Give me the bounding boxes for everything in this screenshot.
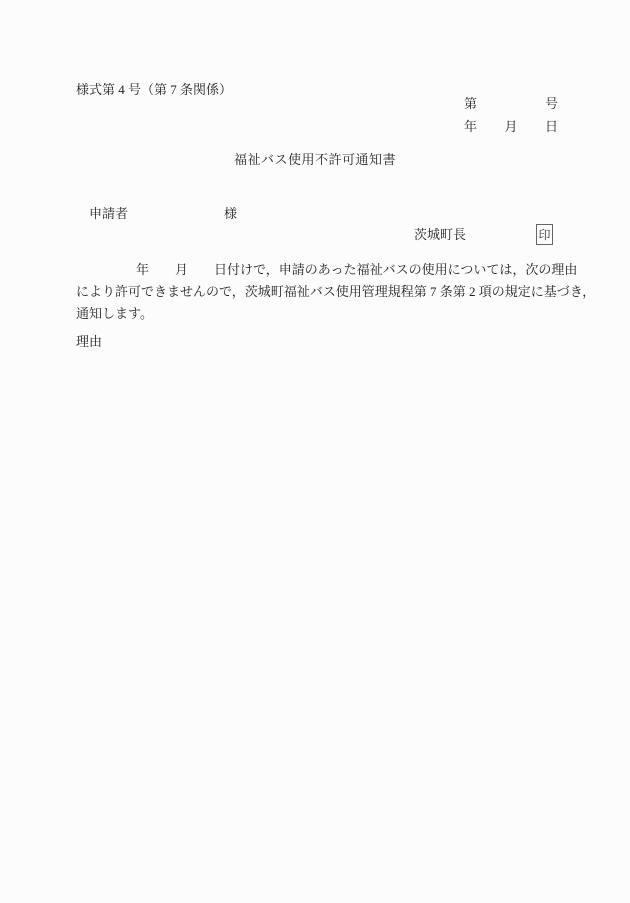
applicant-line: 申請者様 <box>76 187 237 241</box>
seal-character: 印 <box>538 226 550 243</box>
document-number-suffix: 号 <box>545 95 558 113</box>
document-number-line: 第 号 <box>464 95 558 113</box>
seal-stamp: 印 <box>536 224 553 245</box>
form-number-label: 様式第 4 号（第 7 条関係） <box>76 81 232 99</box>
document-title: 福祉バス使用不許可通知書 <box>0 151 630 169</box>
applicant-honorific: 様 <box>224 206 237 221</box>
date-day-label: 日 <box>545 118 558 136</box>
document-number-prefix: 第 <box>464 95 477 113</box>
document-page: 様式第 4 号（第 7 条関係） 第 号 年 月 日 福祉バス使用不許可通知書 … <box>0 0 630 903</box>
date-year-label: 年 <box>464 118 477 136</box>
issuer-name: 茨城町長 <box>414 226 466 244</box>
reason-label: 理由 <box>76 333 102 351</box>
body-paragraph-line-2: により許可できませんので，茨城町福祉バス使用管理規程第 7 条第 2 項の規定に… <box>76 283 595 301</box>
body-paragraph-line-3: 通知します。 <box>76 305 153 323</box>
applicant-label: 申請者 <box>89 206 128 221</box>
date-month-label: 月 <box>504 118 517 136</box>
date-line: 年 月 日 <box>464 118 558 136</box>
body-paragraph-line-1: 年 月 日付けで，申請のあった福祉バスの使用については，次の理由 <box>136 261 577 279</box>
